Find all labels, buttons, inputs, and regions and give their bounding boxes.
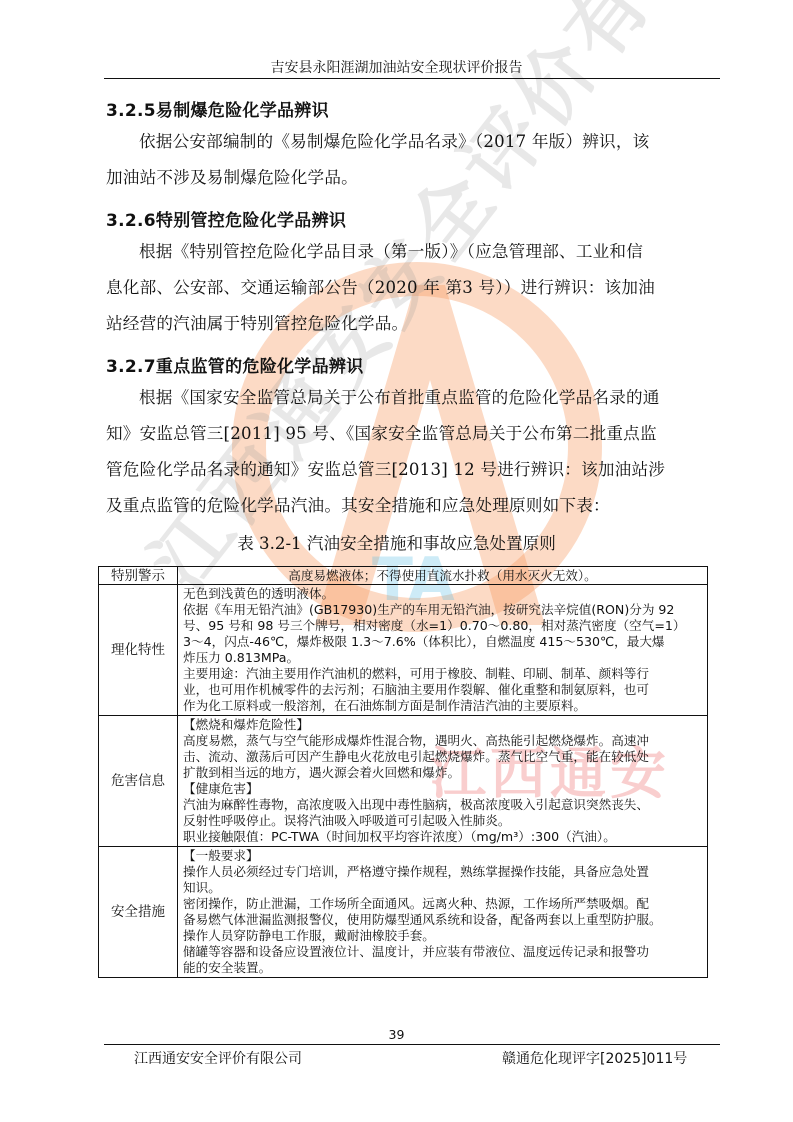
- safety-measures-content: 【一般要求】 操作人员必须经过专门培训，严格遵守操作规程，熟练掌握操作技能，具备…: [178, 847, 708, 978]
- row-label-safety-measures: 安全措施: [99, 847, 178, 978]
- section-heading-3-2-6: 3.2.6特别管控危险化学品辨识: [106, 206, 346, 231]
- cell-line: 依据《车用无铅汽油》(GB17930)生产的车用无铅汽油，按研究法辛烷值(RON…: [183, 602, 702, 618]
- cell-line: 炸压力 0.813MPa。: [183, 650, 702, 666]
- paragraph-line: 根据《特别管控危险化学品目录（第一版）》（应急管理部、工业和信: [106, 234, 718, 270]
- cell-line: 无色到浅黄色的透明液体。: [183, 586, 702, 602]
- cell-line: 【健康危害】: [183, 781, 702, 797]
- table-row: 危害信息 【燃烧和爆炸危险性】 高度易燃，蒸气与空气能形成爆炸性混合物，遇明火、…: [99, 716, 708, 847]
- cell-line: 【一般要求】: [183, 848, 702, 864]
- cell-line: 扩散到相当远的地方，遇火源会着火回燃和爆炸。: [183, 765, 702, 781]
- cell-line: 操作人员必须经过专门培训，严格遵守操作规程，熟练掌握操作技能，具备应急处置: [183, 864, 702, 880]
- header-divider: [104, 78, 720, 79]
- section-paragraph-3-2-5: 依据公安部编制的《易制爆危险化学品名录》（2017 年版）辨识，该 加油站不涉及…: [106, 124, 718, 196]
- cell-line: 主要用途：汽油主要用作汽油机的燃料，可用于橡胶、制鞋、印刷、制革、颜料等行: [183, 666, 702, 682]
- row-label-hazard-info: 危害信息: [99, 716, 178, 847]
- paragraph-line: 站经营的汽油属于特别管控危险化学品。: [106, 306, 718, 342]
- cell-line: 作为化工原料或一般溶剂，在石油炼制方面是制作清洁汽油的主要原料。: [183, 698, 702, 714]
- paragraph-line: 知》安监总管三[2011] 95 号、《国家安全监管总局关于公布第二批重点监: [106, 416, 718, 452]
- cell-line: 号、95 号和 98 号三个牌号，相对密度（水=1）0.70～0.80，相对蒸汽…: [183, 618, 702, 634]
- section-heading-3-2-5: 3.2.5易制爆危险化学品辨识: [106, 96, 329, 121]
- hazard-info-content: 【燃烧和爆炸危险性】 高度易燃，蒸气与空气能形成爆炸性混合物，遇明火、高热能引起…: [178, 716, 708, 847]
- cell-line: 击、流动、激荡后可因产生静电火花放电引起燃烧爆炸。蒸气比空气重，能在较低处: [183, 749, 702, 765]
- table-caption: 表 3.2-1 汽油安全措施和事故应急处置原则: [0, 530, 793, 554]
- paragraph-line: 根据《国家安全监管总局关于公布首批重点监管的危险化学品名录的通: [106, 380, 718, 416]
- cell-line: 3～4，闪点-46℃，爆炸极限 1.3～7.6%（体积比），自燃温度 415～5…: [183, 634, 702, 650]
- cell-line: 密闭操作，防止泄漏，工作场所全面通风。远离火种、热源，工作场所严禁吸烟。配: [183, 896, 702, 912]
- special-warning-text: 高度易燃液体；不得使用直流水扑救（用水灭火无效）。: [178, 567, 708, 585]
- cell-line: 备易燃气体泄漏监测报警仪，使用防爆型通风系统和设备，配备两套以上重型防护服。: [183, 912, 702, 928]
- paragraph-line: 依据公安部编制的《易制爆危险化学品名录》（2017 年版）辨识，该: [106, 124, 718, 160]
- cell-line: 业，也可用作机械零件的去污剂；石脑油主要用作裂解、催化重整和制氨原料，也可: [183, 682, 702, 698]
- cell-line: 储罐等容器和设备应设置液位计、温度计，并应装有带液位、温度远传记录和报警功: [183, 944, 702, 960]
- paragraph-line: 及重点监管的危险化学品汽油。其安全措施和应急处理原则如下表：: [106, 488, 718, 524]
- paragraph-line: 管危险化学品名录的通知》安监总管三[2013] 12 号进行辨识：该加油站涉: [106, 452, 718, 488]
- cell-line: 能的安全装置。: [183, 960, 702, 976]
- paragraph-line: 加油站不涉及易制爆危险化学品。: [106, 160, 718, 196]
- row-label-physicochemical: 理化特性: [99, 585, 178, 716]
- cell-line: 职业接触限值：PC-TWA（时间加权平均容许浓度）（mg/m³）:300（汽油）…: [183, 829, 702, 845]
- paragraph-line: 息化部、公安部、交通运输部公告（2020 年 第3 号））进行辨识：该加油: [106, 270, 718, 306]
- cell-line: 高度易燃，蒸气与空气能形成爆炸性混合物，遇明火、高热能引起燃烧爆炸。高速冲: [183, 733, 702, 749]
- footer-report-number: 赣通危化现评字[2025]011号: [502, 1048, 687, 1068]
- cell-line: 反射性呼吸停止。误将汽油吸入呼吸道可引起吸入性肺炎。: [183, 813, 702, 829]
- document-page: TA 江西通安安全评价有限公司 江西通安 吉安县永阳涯湖加油站安全现状评价报告 …: [0, 0, 793, 1122]
- section-paragraph-3-2-7: 根据《国家安全监管总局关于公布首批重点监管的危险化学品名录的通 知》安监总管三[…: [106, 380, 718, 524]
- safety-measures-table: 特别警示 高度易燃液体；不得使用直流水扑救（用水灭火无效）。 理化特性 无色到浅…: [98, 566, 708, 978]
- section-heading-3-2-7: 3.2.7重点监管的危险化学品辨识: [106, 352, 364, 377]
- row-label-special-warning: 特别警示: [99, 567, 178, 585]
- section-paragraph-3-2-6: 根据《特别管控危险化学品目录（第一版）》（应急管理部、工业和信 息化部、公安部、…: [106, 234, 718, 342]
- cell-line: 操作人员穿防静电工作服，戴耐油橡胶手套。: [183, 928, 702, 944]
- cell-line: 【燃烧和爆炸危险性】: [183, 717, 702, 733]
- table-row: 安全措施 【一般要求】 操作人员必须经过专门培训，严格遵守操作规程，熟练掌握操作…: [99, 847, 708, 978]
- table-row: 理化特性 无色到浅黄色的透明液体。 依据《车用无铅汽油》(GB17930)生产的…: [99, 585, 708, 716]
- cell-line: 汽油为麻醉性毒物，高浓度吸入出现中毒性脑病，极高浓度吸入引起意识突然丧失、: [183, 797, 702, 813]
- table-row: 特别警示 高度易燃液体；不得使用直流水扑救（用水灭火无效）。: [99, 567, 708, 585]
- physicochemical-content: 无色到浅黄色的透明液体。 依据《车用无铅汽油》(GB17930)生产的车用无铅汽…: [178, 585, 708, 716]
- footer-company-name: 江西通安安全评价有限公司: [134, 1048, 302, 1068]
- content-layer: 吉安县永阳涯湖加油站安全现状评价报告 3.2.5易制爆危险化学品辨识 依据公安部…: [0, 0, 793, 1122]
- page-number: 39: [0, 1027, 793, 1042]
- footer-divider: [104, 1044, 720, 1045]
- cell-line: 知识。: [183, 880, 702, 896]
- running-header-title: 吉安县永阳涯湖加油站安全现状评价报告: [0, 57, 793, 77]
